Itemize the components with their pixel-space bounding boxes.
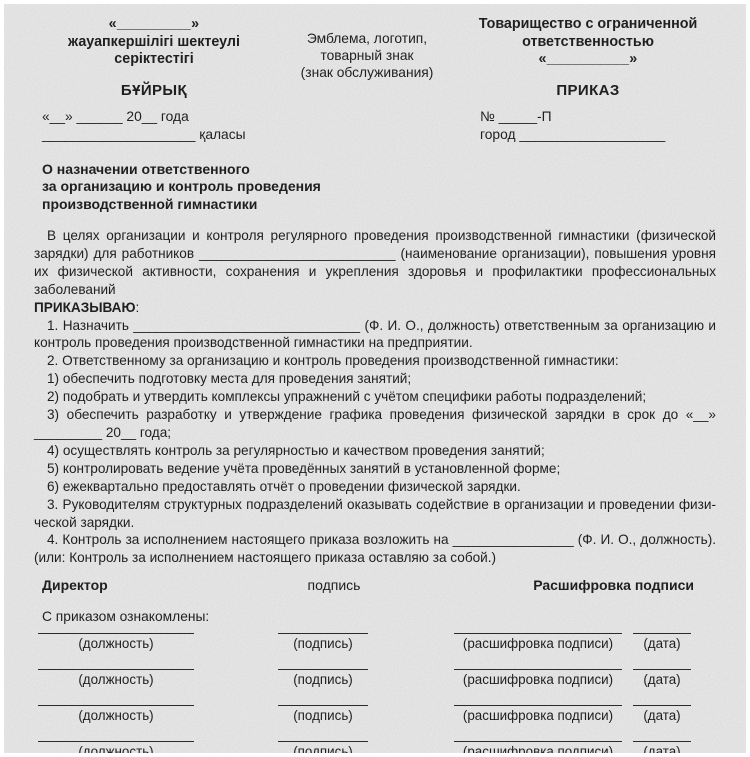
- signature-label: (подпись): [278, 706, 368, 724]
- doc-title-kz: БҰЙРЫҚ: [34, 82, 274, 100]
- body-paragraph: 3) обеспечить разработку и утверждение г…: [34, 406, 716, 442]
- paragraph-text: 5) контролировать ведение учёта проведён…: [47, 461, 560, 476]
- signature-label: (подпись): [278, 742, 368, 757]
- date-label: (дата): [633, 742, 691, 757]
- org-type-kz-line1: жауапкершілігі шектеулі: [34, 34, 274, 52]
- org-name-blank-kz: «_________»: [34, 16, 274, 34]
- city-blank-line-ru: город ___________________: [480, 126, 716, 144]
- org-name-blank-ru: «__________»: [460, 51, 716, 69]
- number-city-block-ru: № _____-П город ___________________: [460, 108, 716, 144]
- header-left-kazakh: «_________» жауапкершілігі шектеулі сері…: [34, 16, 274, 144]
- body-paragraph: 4. Контроль за исполнением настоящего пр…: [34, 531, 716, 567]
- paragraph-text: 1. Назначить ___________________________…: [34, 318, 716, 351]
- position-label: (должность): [38, 670, 194, 688]
- ack-position-cell: (должность): [38, 669, 194, 688]
- ack-position-cell: (должность): [38, 705, 194, 724]
- date-label: (дата): [633, 670, 691, 688]
- ack-signature-cell: (подпись): [278, 669, 368, 688]
- body-paragraph: 2. Ответственному за организацию и контр…: [34, 352, 716, 370]
- body-paragraph: 2) подобрать и утвердить комплексы упраж…: [34, 388, 716, 406]
- order-body: В целях организации и контроля регулярно…: [34, 227, 716, 567]
- paragraph-text: 4. Контроль за исполнением настоящего пр…: [34, 532, 716, 565]
- body-paragraph: 1) обеспечить подготовку места для прове…: [34, 370, 716, 388]
- paragraph-text: 2) подобрать и утвердить комплексы упраж…: [47, 389, 646, 404]
- emblem-placeholder-line3: (знак обслуживания): [282, 64, 452, 81]
- ack-signature-cell: (подпись): [278, 705, 368, 724]
- ack-date-cell: (дата): [633, 633, 691, 652]
- emblem-placeholder-line2: товарный знак: [282, 47, 452, 64]
- city-blank-line-kz: ____________________ қаласы: [42, 126, 274, 144]
- date-city-block-kz: «__» ______ 20__ года __________________…: [34, 108, 274, 144]
- document-content: «_________» жауапкершілігі шектеулі сері…: [4, 4, 746, 757]
- keyword-bold: ПРИКАЗЫВАЮ: [34, 300, 136, 315]
- org-type-ru-line1: Товарищество с ограниченной: [460, 16, 716, 34]
- date-blank-line-kz: «__» ______ 20__ года: [42, 108, 274, 126]
- ack-position-cell: (должность): [38, 633, 194, 652]
- acknowledgment-rows: (должность)(подпись)(расшифровка подписи…: [34, 633, 716, 757]
- document-page: «_________» жауапкершілігі шектеулі сері…: [0, 0, 750, 757]
- signature-label: (подпись): [278, 634, 368, 652]
- ack-date-cell: (дата): [633, 669, 691, 688]
- ack-position-cell: (должность): [38, 741, 194, 757]
- paragraph-text: :: [136, 300, 140, 315]
- header-center-emblem: Эмблема, логотип, товарный знак (знак об…: [282, 16, 452, 144]
- body-paragraph: В целях организации и контроля регулярно…: [34, 227, 716, 299]
- acknowledgment-heading: С приказом ознакомлены:: [42, 608, 716, 625]
- org-type-ru-line2: ответственностью: [460, 34, 716, 52]
- transcript-label: (расшифровка подписи): [454, 706, 622, 724]
- director-label: Директор: [34, 577, 264, 594]
- date-label: (дата): [633, 706, 691, 724]
- paragraph-text: В целях организации и контроля регулярно…: [34, 228, 716, 297]
- paragraph-text: 1) обеспечить подготовку места для прове…: [47, 371, 411, 386]
- document-header: «_________» жауапкершілігі шектеулі сері…: [34, 16, 716, 144]
- header-right-russian: Товарищество с ограниченной ответственно…: [460, 16, 716, 144]
- paragraph-text: 2. Ответственному за организацию и контр…: [47, 353, 619, 368]
- order-number-blank-line: № _____-П: [480, 108, 716, 126]
- date-label: (дата): [633, 634, 691, 652]
- subject-line2: за организацию и контроль проведения: [42, 178, 716, 196]
- ack-transcript-cell: (расшифровка подписи): [454, 669, 622, 688]
- subject-line1: О назначении ответственного: [42, 161, 716, 179]
- emblem-placeholder-line1: Эмблема, логотип,: [282, 30, 452, 47]
- ack-transcript-cell: (расшифровка подписи): [454, 741, 622, 757]
- body-paragraph: ПРИКАЗЫВАЮ:: [34, 299, 716, 317]
- transcript-label: (расшифровка подписи): [454, 634, 622, 652]
- position-label: (должность): [38, 742, 194, 757]
- director-signature-row: Директор подпись Расшифровка подписи: [34, 577, 716, 594]
- position-label: (должность): [38, 634, 194, 652]
- doc-title-ru: ПРИКАЗ: [460, 82, 716, 100]
- acknowledgment-row: (должность)(подпись)(расшифровка подписи…: [34, 633, 716, 652]
- transcript-label: (расшифровка подписи): [454, 670, 622, 688]
- acknowledgment-row: (должность)(подпись)(расшифровка подписи…: [34, 741, 716, 757]
- subject-line3: производственной гимнастики: [42, 196, 716, 214]
- signature-placeholder-label: подпись: [264, 577, 404, 594]
- paragraph-text: 3. Руководителям структурных подразделен…: [34, 497, 716, 530]
- paragraph-text: 3) обеспечить разработку и утверждение г…: [34, 407, 716, 440]
- body-paragraph: 5) контролировать ведение учёта проведён…: [34, 460, 716, 478]
- body-paragraph: 3. Руководителям структурных подразделен…: [34, 496, 716, 532]
- position-label: (должность): [38, 706, 194, 724]
- acknowledgment-row: (должность)(подпись)(расшифровка подписи…: [34, 705, 716, 724]
- acknowledgment-row: (должность)(подпись)(расшифровка подписи…: [34, 669, 716, 688]
- order-subject: О назначении ответственного за организац…: [42, 161, 716, 214]
- ack-signature-cell: (подпись): [278, 741, 368, 757]
- body-paragraph: 1. Назначить ___________________________…: [34, 317, 716, 353]
- ack-transcript-cell: (расшифровка подписи): [454, 705, 622, 724]
- transcript-label: (расшифровка подписи): [454, 742, 622, 757]
- body-paragraph: 6) ежеквартально предоставлять отчёт о п…: [34, 478, 716, 496]
- ack-date-cell: (дата): [633, 705, 691, 724]
- ack-date-cell: (дата): [633, 741, 691, 757]
- paragraph-text: 4) осуществлять контроль за регулярность…: [47, 443, 545, 458]
- ack-transcript-cell: (расшифровка подписи): [454, 633, 622, 652]
- body-paragraph: 4) осуществлять контроль за регулярность…: [34, 442, 716, 460]
- ack-signature-cell: (подпись): [278, 633, 368, 652]
- org-type-kz-line2: серіктестігі: [34, 51, 274, 69]
- signature-label: (подпись): [278, 670, 368, 688]
- signature-transcript-label: Расшифровка подписи: [404, 577, 716, 594]
- paragraph-text: 6) ежеквартально предоставлять отчёт о п…: [47, 479, 521, 494]
